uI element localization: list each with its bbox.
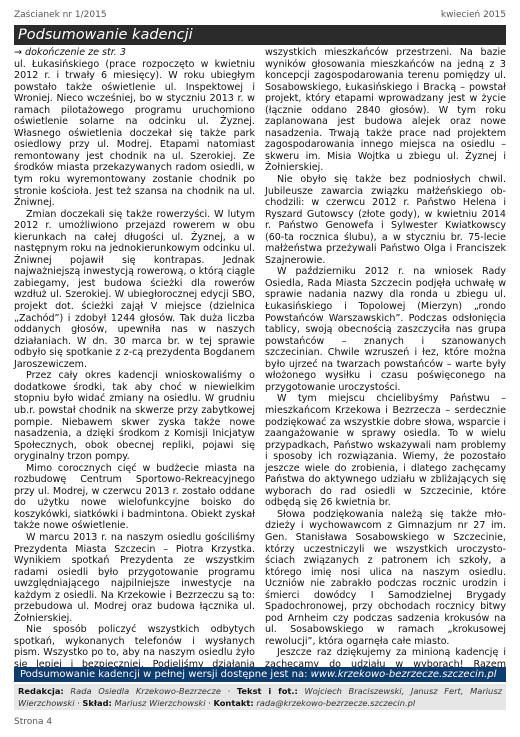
website-link[interactable]: www.krzekowo-bezrzecze.szczecin.pl (311, 669, 497, 680)
page-number: Strona 4 (14, 717, 52, 727)
right-column: wszystkich mieszkańców przestrzeni. Na b… (265, 47, 506, 682)
credits-box: Redakcja: Rada Osiedla Krzekowo-Bezrzecz… (14, 684, 506, 710)
issue-label: Zaścianek nr 1/2015 (14, 10, 107, 20)
layout-label: Skład: (82, 698, 111, 708)
paragraph: W marcu 2013 r. na naszym osiedlu gościl… (14, 532, 255, 624)
contact-email[interactable]: rada@krzekowo-bezrzecze.szczecin.pl (256, 698, 415, 708)
contact-label: Kontakt: (213, 698, 253, 708)
layout-value: Mariusz Wierzchowski (115, 698, 206, 708)
issue-date: kwiecień 2015 (441, 10, 506, 20)
text-label: Tekst i fot.: (237, 686, 298, 696)
paragraph: Przez cały okres kadencji wnioskowaliśmy… (14, 370, 255, 462)
paragraph: ul. Łukasińskiego (prace rozpoczęto w kw… (14, 59, 255, 209)
banner-text: Podsumowanie kadencji w pełnej wersji do… (20, 669, 311, 680)
full-version-banner: Podsumowanie kadencji w pełnej wersji do… (14, 667, 506, 682)
paragraph: Zmian doczekali się także rowerzyści. W … (14, 209, 255, 371)
editorial-value: Rada Osiedla Krzekowo-Bezrzecze (70, 686, 221, 696)
paragraph: W tym miejscu chcielibyśmy Państwu – mie… (265, 393, 506, 508)
page-header: Zaścianek nr 1/2015 kwiecień 2015 (14, 10, 506, 24)
editorial-label: Redakcja: (18, 686, 64, 696)
paragraph: Mimo corocznych cięć w budżecie miasta n… (14, 463, 255, 532)
left-column: → dokończenie ze str. 3 ul. Łukasińskieg… (14, 47, 255, 682)
paragraph: Słowa podziękowania należą się także mło… (265, 509, 506, 648)
paragraph: wszystkich mieszkańców przestrzeni. Na b… (265, 47, 506, 174)
paragraph: Nie obyło się także bez podniosłych chwi… (265, 174, 506, 266)
separator: · (221, 686, 237, 696)
continuation-note: → dokończenie ze str. 3 (14, 47, 255, 59)
paragraph: W październiku 2012 r. na wniosek Rady O… (265, 266, 506, 393)
article-title: Podsumowanie kadencji (14, 25, 506, 45)
